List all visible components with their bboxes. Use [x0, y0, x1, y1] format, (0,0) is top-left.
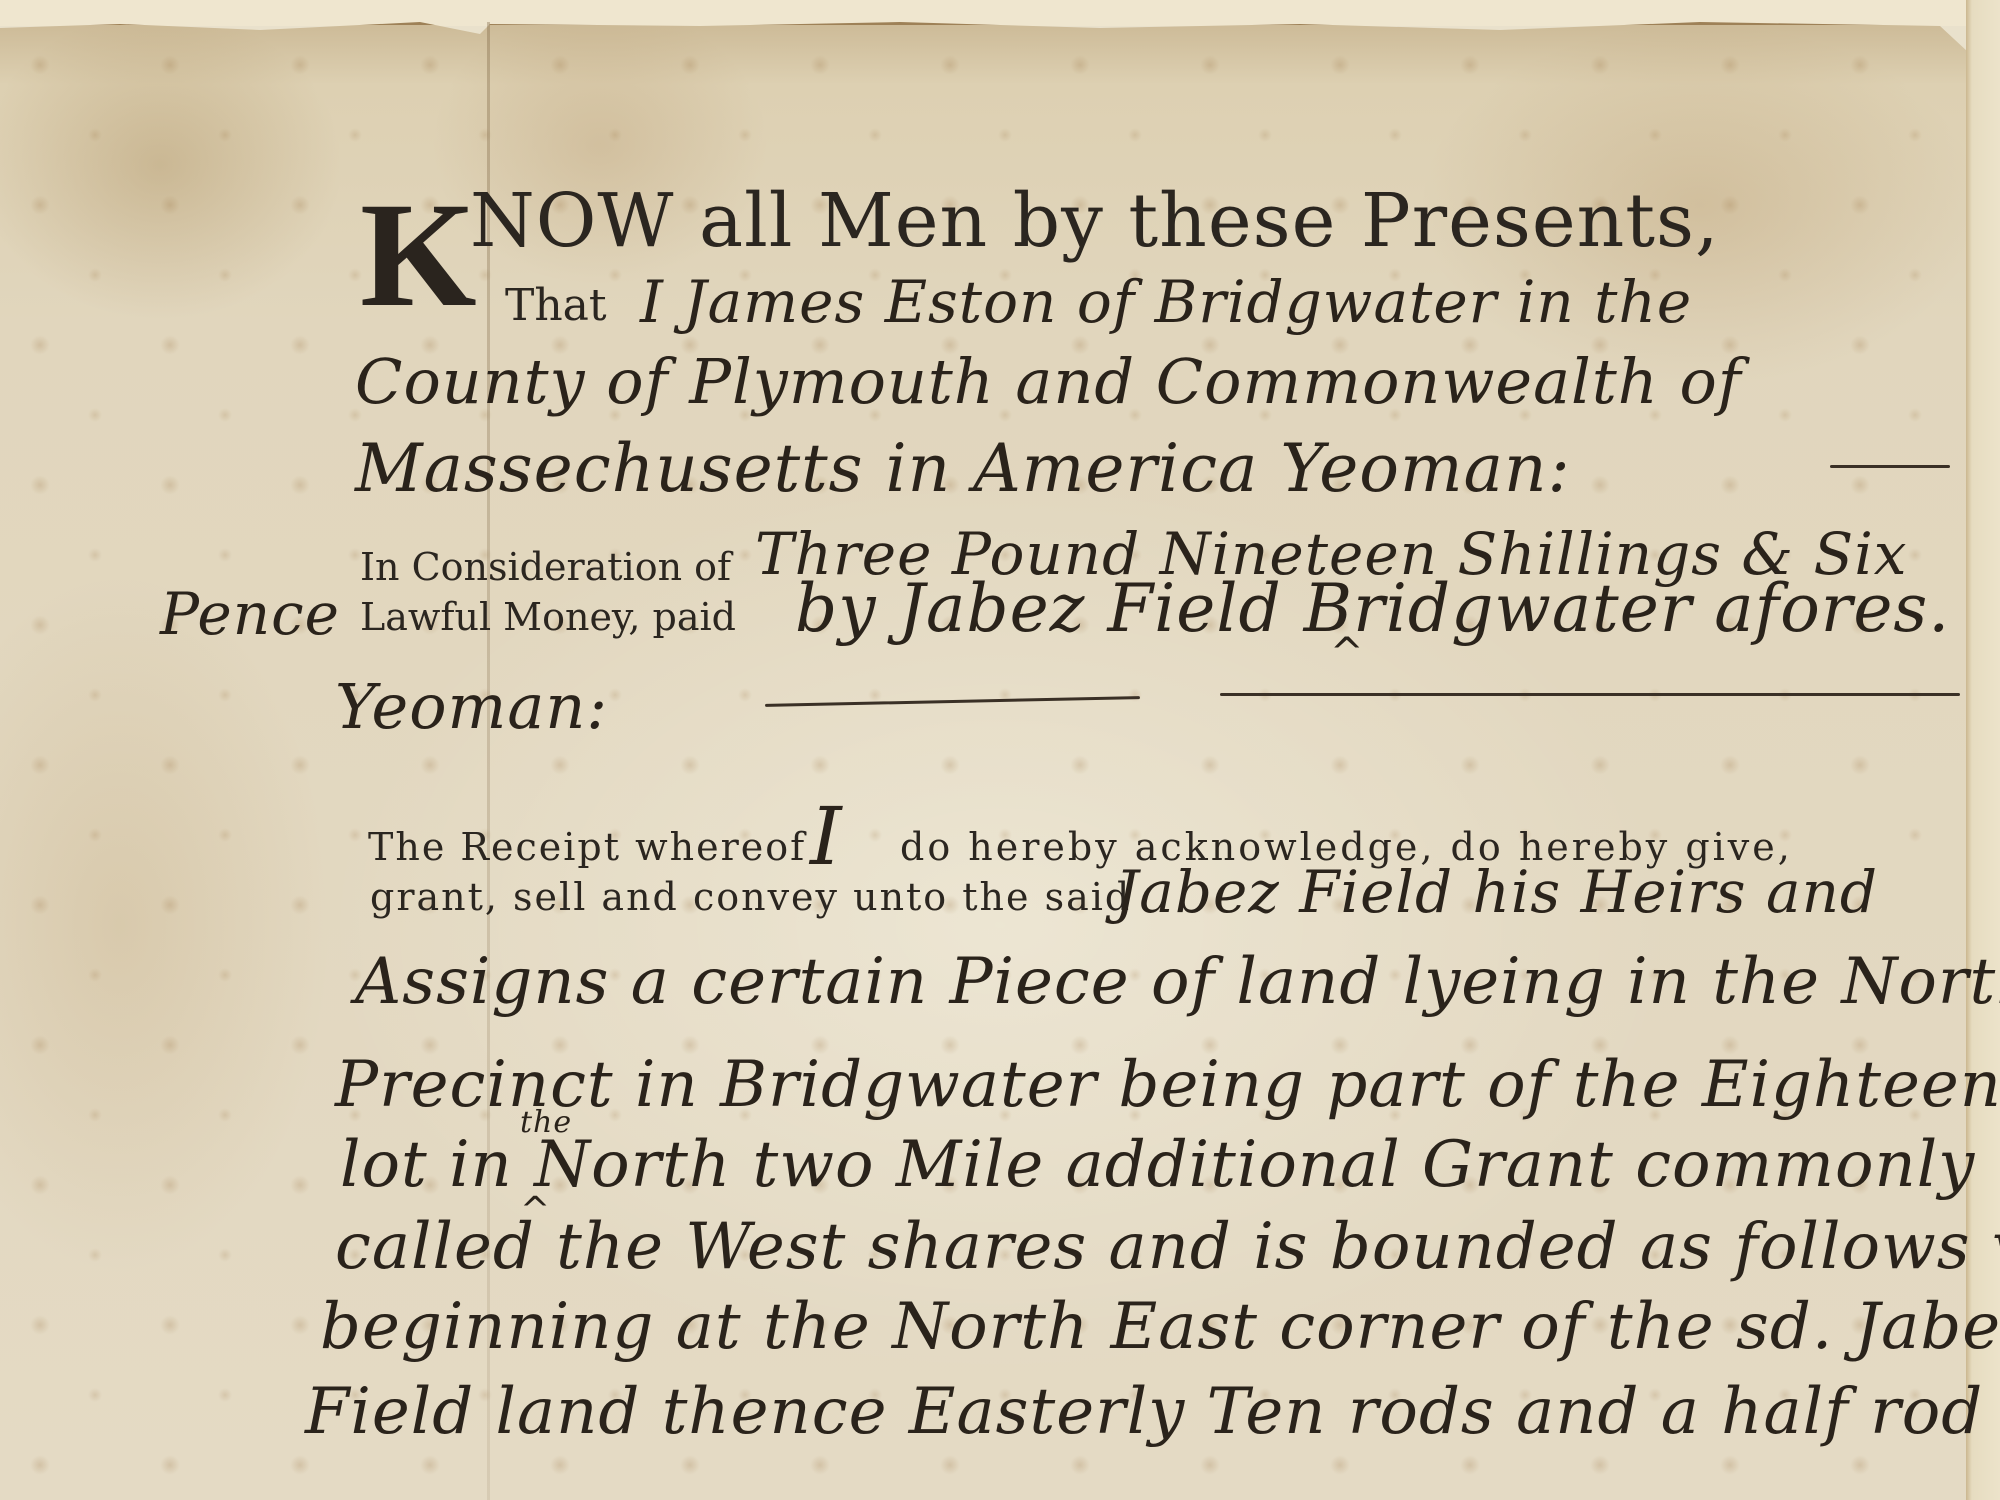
- printed-consideration: In Consideration of: [360, 545, 731, 589]
- hand-line-3: Massechusetts in America Yeoman:: [355, 430, 1571, 507]
- heading-text: NOW all Men by these Presents,: [470, 178, 1720, 264]
- heading-dropcap: K: [360, 180, 477, 330]
- hand-line-5: by Jabez Field Bridgwater afores.: [795, 570, 1950, 647]
- printed-that: That: [505, 280, 607, 331]
- hand-line-2: County of Plymouth and Commonwealth of: [355, 345, 1742, 418]
- hand-line-14: Field land thence Easterly Ten rods and …: [305, 1375, 1983, 1449]
- hand-line-9: Assigns a certain Piece of land lyeing i…: [355, 945, 2000, 1019]
- hand-line-12: called the West shares and is bounded as…: [335, 1210, 2000, 1284]
- printed-grant: grant, sell and convey unto the said: [370, 875, 1131, 919]
- printed-lawful-money: Lawful Money, paid: [360, 595, 736, 639]
- fill-rule: [1830, 465, 1950, 468]
- hand-line-8: Jabez Field his Heirs and: [1115, 858, 1878, 926]
- hand-line-10: Precinct in Bridgwater being part of the…: [335, 1048, 2000, 1122]
- hand-line-6: Yeoman:: [335, 670, 608, 743]
- margin-pence: Pence: [160, 580, 340, 648]
- hand-line-1: I James Eston of Bridgwater in the: [640, 268, 1692, 336]
- printed-receipt: The Receipt whereof: [368, 825, 806, 869]
- hand-I: I: [810, 790, 843, 883]
- fill-rule: [1220, 693, 1960, 696]
- insertion-caret: ^: [1330, 630, 1364, 676]
- hand-line-11: lot in North two Mile additional Grant c…: [340, 1128, 1975, 1202]
- hand-line-13: beginning at the North East corner of th…: [320, 1290, 2000, 1364]
